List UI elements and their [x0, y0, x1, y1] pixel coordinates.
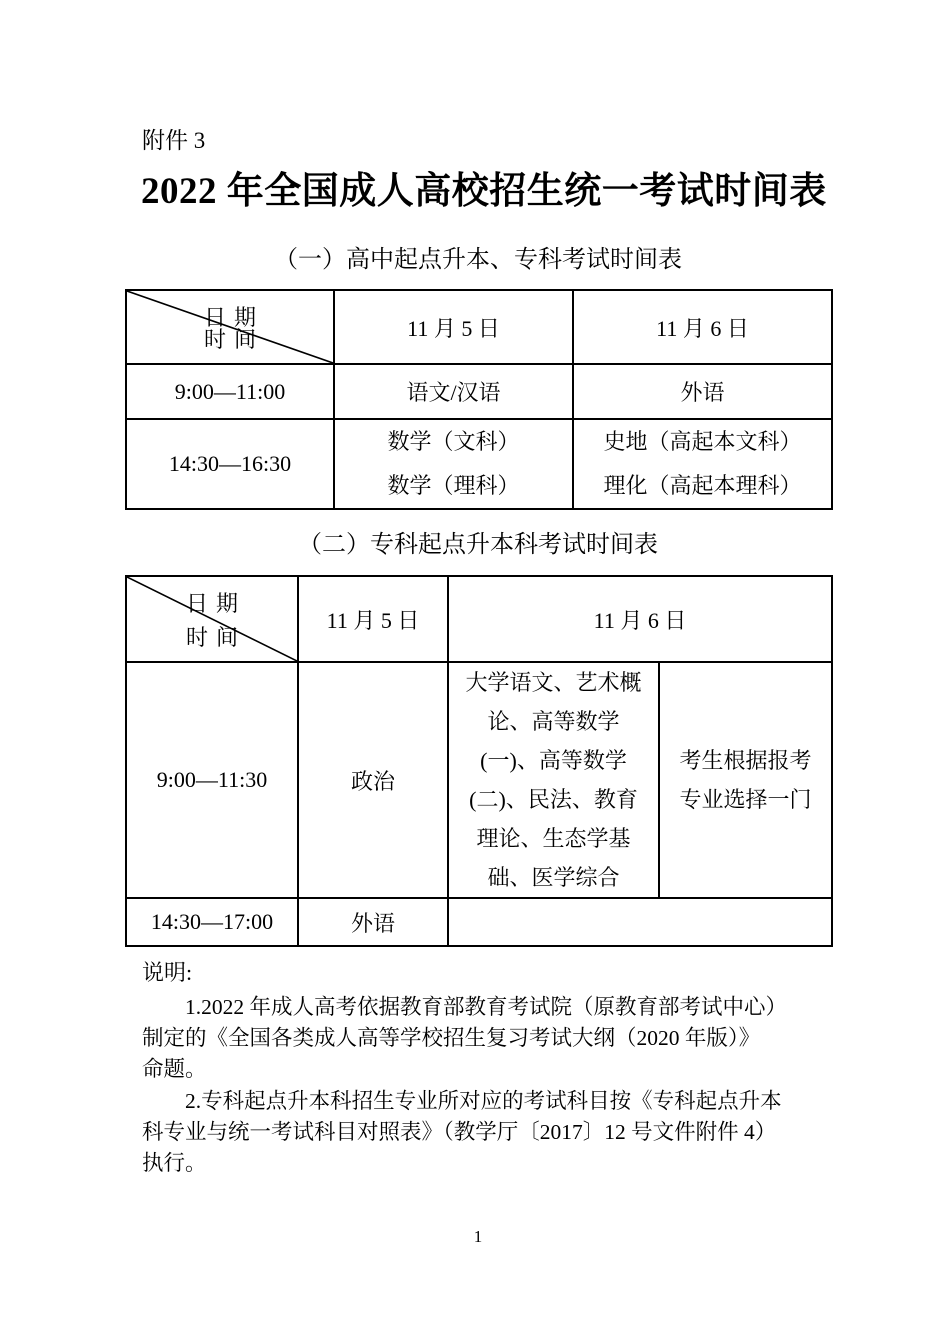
table-college-start-schedule: 日期 时间 11 月 5 日 11 月 6 日 9:00—11:30 政治 大学…: [125, 575, 833, 947]
table1-subject-cell: 外语: [573, 364, 832, 419]
table1-subject-cell: 数学（文科） 数学（理科）: [334, 419, 573, 509]
time-label: 时间: [127, 621, 297, 652]
date-label: 日期: [127, 587, 297, 618]
page-title: 2022 年全国成人高校招生统一考试时间表: [141, 171, 827, 213]
table1-header-nov6: 11 月 6 日: [573, 290, 832, 364]
attachment-label: 附件 3: [142, 128, 205, 154]
table2-caption: （二）专科起点升本科考试时间表: [125, 531, 831, 559]
note-item-2: 2.专科起点升本科招生专业所对应的考试科目按《专科起点升本 科专业与统一考试科目…: [142, 1086, 836, 1179]
table1-subject-cell: 语文/汉语: [334, 364, 573, 419]
table1-corner-cell: 日期 时间: [126, 290, 334, 364]
table-row: 9:00—11:30 政治 大学语文、艺术概 论、高等数学 (一)、高等数学 (…: [126, 662, 832, 898]
table2-time-cell: 14:30—17:00: [126, 898, 298, 946]
table2-subject-cell: 外语: [298, 898, 448, 946]
table2-time-cell: 9:00—11:30: [126, 662, 298, 898]
table1-time-cell: 9:00—11:00: [126, 364, 334, 419]
note-item-1: 1.2022 年成人高考依据教育部教育考试院（原教育部考试中心） 制定的《全国各…: [142, 992, 836, 1085]
table1-subject-cell: 史地（高起本文科） 理化（高起本理科）: [573, 419, 832, 509]
document-page: 附件 3 2022 年全国成人高校招生统一考试时间表 （一）高中起点升本、专科考…: [0, 0, 950, 1343]
table1-header-nov5: 11 月 5 日: [334, 290, 573, 364]
table-row: 14:30—16:30 数学（文科） 数学（理科） 史地（高起本文科） 理化（高…: [126, 419, 832, 509]
notes-heading: 说明:: [142, 958, 192, 988]
table-highschool-start-schedule: 日期 时间 11 月 5 日 11 月 6 日 9:00—11:00 语文/汉语…: [125, 289, 833, 510]
table2-elective-subjects-cell: 大学语文、艺术概 论、高等数学 (一)、高等数学 (二)、民法、教育 理论、生态…: [448, 662, 659, 898]
table2-header-nov5: 11 月 5 日: [298, 576, 448, 662]
table-row: 9:00—11:00 语文/汉语 外语: [126, 364, 832, 419]
table2-empty-cell: [448, 898, 832, 946]
table-row: 日期 时间 11 月 5 日 11 月 6 日: [126, 290, 832, 364]
table1-caption: （一）高中起点升本、专科考试时间表: [125, 246, 831, 274]
table2-corner-cell: 日期 时间: [126, 576, 298, 662]
time-label: 时间: [127, 323, 333, 354]
page-number: 1: [125, 1227, 831, 1247]
table1-time-cell: 14:30—16:30: [126, 419, 334, 509]
table2-choice-note-cell: 考生根据报考 专业选择一门: [659, 662, 832, 898]
table2-header-nov6: 11 月 6 日: [448, 576, 832, 662]
table-row: 日期 时间 11 月 5 日 11 月 6 日: [126, 576, 832, 662]
table-row: 14:30—17:00 外语: [126, 898, 832, 946]
table2-subject-cell: 政治: [298, 662, 448, 898]
